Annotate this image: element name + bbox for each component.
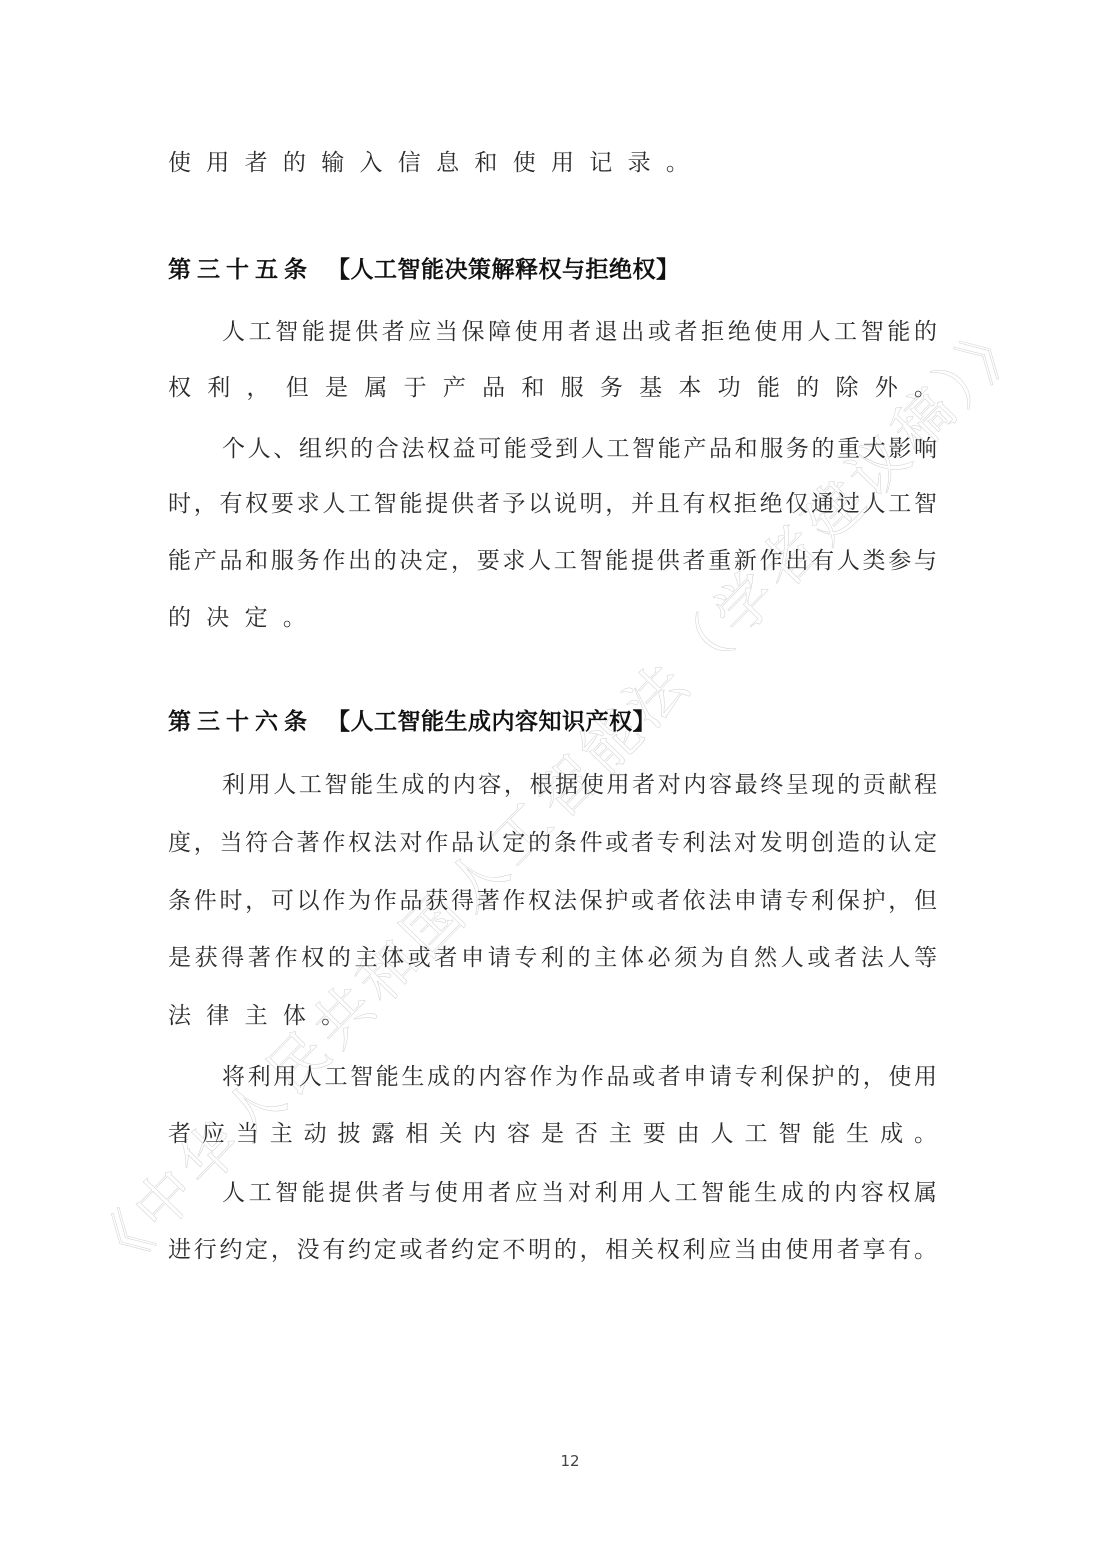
paragraph-line: 能产品和服务作出的决定，要求人工智能提供者重新作出有人类参与 [168, 546, 940, 576]
paragraph-line: 的决定。 [168, 603, 321, 633]
paragraph-line: 条件时，可以作为作品获得著作权法保护或者依法申请专利保护，但 [168, 886, 940, 916]
paragraph-line: 使用者的输入信息和使用记录。 [168, 148, 704, 178]
page-number: 12 [0, 1452, 1107, 1470]
article-title: 【人工智能生成内容知识产权】 [327, 709, 656, 735]
paragraph-line: 法律主体。 [168, 1001, 360, 1031]
paragraph-line: 进行约定，没有约定或者约定不明的，相关权利应当由使用者享有。 [168, 1235, 940, 1265]
article-heading-35: 第三十五条【人工智能决策解释权与拒绝权】 [168, 255, 680, 285]
paragraph-line: 将利用人工智能生成的内容作为作品或者申请专利保护的，使用 [222, 1062, 940, 1092]
paragraph-line: 人工智能提供者与使用者应当对利用人工智能生成的内容权属 [222, 1178, 941, 1208]
article-heading-36: 第三十六条【人工智能生成内容知识产权】 [168, 707, 656, 737]
paragraph-line: 人工智能提供者应当保障使用者退出或者拒绝使用人工智能的 [222, 317, 941, 347]
article-title: 【人工智能决策解释权与拒绝权】 [327, 257, 680, 283]
paragraph-line: 者应当主动披露相关内容是否主要由人工智能生成。 [168, 1119, 948, 1149]
paragraph-line: 个人、组织的合法权益可能受到人工智能产品和服务的重大影响 [222, 434, 940, 464]
paragraph-line: 时，有权要求人工智能提供者予以说明，并且有权拒绝仅通过人工智 [168, 489, 940, 519]
paragraph-line: 是获得著作权的主体或者申请专利的主体必须为自然人或者法人等 [168, 943, 941, 973]
paragraph-line: 度，当符合著作权法对作品认定的条件或者专利法对发明创造的认定 [168, 828, 940, 858]
article-number: 第三十五条 [168, 257, 313, 283]
paragraph-line: 权利，但是属于产品和服务基本功能的除外。 [168, 373, 953, 403]
document-page: 《中华人民共和国人工智能法（学者建议稿）》 使用者的输入信息和使用记录。 第三十… [0, 0, 1107, 1565]
article-number: 第三十六条 [168, 709, 313, 735]
paragraph-line: 利用人工智能生成的内容，根据使用者对内容最终呈现的贡献程 [222, 770, 940, 800]
